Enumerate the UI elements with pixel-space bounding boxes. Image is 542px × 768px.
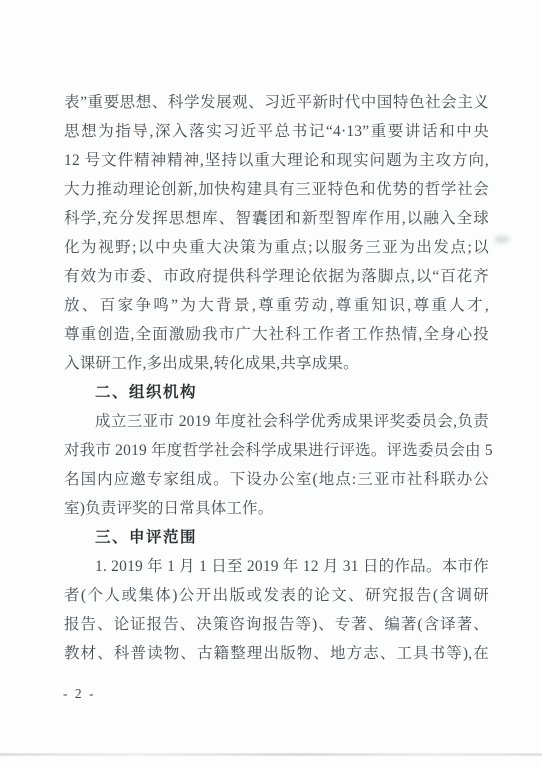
section-heading-application-scope: 三、申评范围 [64, 523, 489, 552]
text-line: 报告、论证报告、决策咨询报告等)、专著、编著(含译著、 [64, 610, 489, 639]
text-line: 科学,充分发挥思想库、智囊团和新型智库作用,以融入全球 [64, 204, 489, 233]
document-text-block: 表”重要思想、科学发展观、习近平新时代中国特色社会主义 思想为指导,深入落实习近… [64, 88, 489, 668]
text-line: 尊重创造,全面激励我市广大社科工作者工作热情,全身心投 [64, 320, 489, 349]
text-line: 成立三亚市 2019 年度社会科学优秀成果评奖委员会,负责 [64, 407, 489, 436]
text-line: 表”重要思想、科学发展观、习近平新时代中国特色社会主义 [64, 88, 489, 117]
text-line: 12 号文件精神精神,坚持以重大理论和现实问题为主攻方向, [64, 146, 489, 175]
text-line: 者(个人或集体)公开出版或发表的论文、研究报告(含调研 [64, 581, 489, 610]
text-line: 入课研工作,多出成果,转化成果,共享成果。 [64, 349, 489, 378]
text-line: 放、百家争鸣”为大背景,尊重劳动,尊重知识,尊重人才, [64, 291, 489, 320]
text-line: 1. 2019 年 1 月 1 日至 2019 年 12 月 31 日的作品。本… [64, 552, 489, 581]
scan-smudge-artifact [494, 236, 510, 243]
text-line: 思想为指导,深入落实习近平总书记“4·13”重要讲话和中央 [64, 117, 489, 146]
section-heading-organization: 二、组织机构 [64, 378, 489, 407]
scan-edge-line [0, 753, 542, 756]
text-line: 教材、科普读物、古籍整理出版物、地方志、工具书等),在 [64, 639, 489, 668]
document-page: 表”重要思想、科学发展观、习近平新时代中国特色社会主义 思想为指导,深入落实习近… [0, 0, 542, 768]
page-number: - 2 - [63, 684, 96, 704]
text-line: 对我市 2019 年度哲学社会科学成果进行评选。评选委员会由 5 [64, 436, 489, 465]
text-line: 化为视野;以中央重大决策为重点;以服务三亚为出发点;以 [64, 233, 489, 262]
text-line: 名国内应邀专家组成。下设办公室(地点:三亚市社科联办公 [64, 465, 489, 494]
text-line: 有效为市委、市政府提供科学理论依据为落脚点,以“百花齐 [64, 262, 489, 291]
text-line: 室)负责评奖的日常具体工作。 [64, 494, 489, 523]
text-line: 大力推动理论创新,加快构建具有三亚特色和优势的哲学社会 [64, 175, 489, 204]
